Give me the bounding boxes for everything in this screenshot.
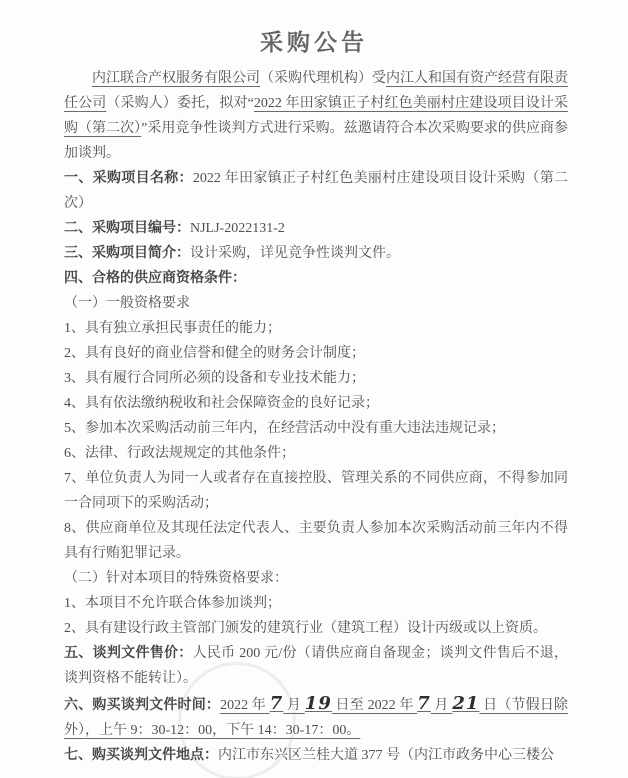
text-segment-underline: 月 (431, 698, 453, 713)
section-3-project-brief: 三、采购项目简介：设计采购，详见竞争性谈判文件。 (64, 241, 568, 266)
text-segment-normal: 5、参加本次采购活动前三年内，在经营活动中没有重大违法违规记录； (64, 421, 505, 436)
text-segment-handwritten: 7 (270, 693, 284, 714)
text-segment-normal: 7、单位负责人为同一人或者存在直接控股、管理关系的不同供应商，不得参加同一合同项… (64, 471, 568, 511)
text-segment-normal: 1、具有独立承担民事责任的能力； (64, 321, 281, 336)
general-item-3: 3、具有履行合同所必须的设备和专业技术能力； (64, 366, 568, 391)
text-segment-normal: 设计采购，详见竞争性谈判文件。 (190, 246, 400, 261)
document-body: 内江联合产权服务有限公司（采购代理机构）受内江人和国有资产经营有限责任公司（采购… (64, 66, 568, 768)
text-segment-handwritten: 7 (417, 693, 431, 714)
general-item-2: 2、具有良好的商业信誉和健全的财务会计制度； (64, 341, 568, 366)
text-segment-normal: 内江市东兴区兰桂大道 377 号（内江市政务中心三楼公 (218, 748, 554, 763)
text-segment-normal: 2、具有建设行政主管部门颁发的建筑行业（建筑工程）设计丙级或以上资质。 (64, 621, 547, 636)
text-segment-bold: 二、采购项目编号： (64, 221, 190, 236)
text-segment-handwritten: 21 (452, 693, 479, 714)
text-segment-underline: 2022 年 (220, 698, 270, 713)
text-segment-bold: 五、谈判文件售价： (64, 646, 193, 661)
general-item-8: 8、供应商单位及其现任法定代表人、主要负责人参加本次采购活动前三年内不得具有行贿… (64, 516, 568, 566)
text-segment-normal: 1、本项目不允许联合体参加谈判； (64, 596, 281, 611)
text-segment-bold: 四、合格的供应商资格条件： (64, 271, 246, 286)
special-item-1: 1、本项目不允许联合体参加谈判； (64, 591, 568, 616)
general-item-6: 6、法律、行政法规规定的其他条件； (64, 441, 568, 466)
text-segment-underline: 月 (283, 698, 305, 713)
intro-paragraph: 内江联合产权服务有限公司（采购代理机构）受内江人和国有资产经营有限责任公司（采购… (64, 66, 568, 166)
general-item-5: 5、参加本次采购活动前三年内，在经营活动中没有重大违法违规记录； (64, 416, 568, 441)
text-segment-normal: 4、具有依法缴纳税收和社会保障资金的良好记录； (64, 396, 379, 411)
general-item-1: 1、具有独立承担民事责任的能力； (64, 316, 568, 341)
section-4-supplier-qualifications: 四、合格的供应商资格条件： (64, 266, 568, 291)
text-segment-normal: NJLJ-2022131-2 (190, 221, 285, 236)
special-item-2: 2、具有建设行政主管部门颁发的建筑行业（建筑工程）设计丙级或以上资质。 (64, 616, 568, 641)
text-segment-bold: 三、采购项目简介： (64, 246, 190, 261)
text-segment-normal: （二）针对本项目的特殊资格要求： (64, 571, 288, 586)
subsection-2-special-requirements: （二）针对本项目的特殊资格要求： (64, 566, 568, 591)
section-6-purchase-time: 六、购买谈判文件时间：2022 年 7 月 19 日至 2022 年 7 月 2… (64, 691, 568, 743)
section-5-document-price: 五、谈判文件售价：人民币 200 元/份（请供应商自备现金；谈判文件售后不退，谈… (64, 641, 568, 691)
text-segment-underline: 日至 2022 年 (332, 698, 417, 713)
text-segment-underline: 内江联合产权服务有限公司 (92, 71, 260, 86)
section-2-project-number: 二、采购项目编号：NJLJ-2022131-2 (64, 216, 568, 241)
text-segment-bold: 六、购买谈判文件时间： (64, 698, 220, 713)
document-title: 采购公告 (0, 0, 628, 57)
text-segment-normal: （采购代理机构）受 (260, 71, 386, 86)
text-segment-bold: 七、购买谈判文件地点： (64, 748, 218, 763)
subsection-1-general-requirements: （一）一般资格要求 (64, 291, 568, 316)
document-page: 采购公告 内江联合产权服务有限公司（采购代理机构）受内江人和国有资产经营有限责任… (0, 0, 628, 778)
text-segment-normal: （一）一般资格要求 (64, 296, 190, 311)
text-segment-normal: （采购人）委托，拟对“ (106, 96, 254, 111)
text-segment-normal: 6、法律、行政法规规定的其他条件； (64, 446, 295, 461)
text-segment-handwritten: 19 (305, 693, 332, 714)
text-segment-normal: 3、具有履行合同所必须的设备和专业技术能力； (64, 371, 365, 386)
section-1-project-name: 一、采购项目名称：2022 年田家镇正子村红色美丽村庄建设项目设计采购（第二次） (64, 166, 568, 216)
general-item-7: 7、单位负责人为同一人或者存在直接控股、管理关系的不同供应商，不得参加同一合同项… (64, 466, 568, 516)
general-item-4: 4、具有依法缴纳税收和社会保障资金的良好记录； (64, 391, 568, 416)
section-7-purchase-location: 七、购买谈判文件地点：内江市东兴区兰桂大道 377 号（内江市政务中心三楼公 (64, 743, 568, 768)
text-segment-normal: 2、具有良好的商业信誉和健全的财务会计制度； (64, 346, 365, 361)
text-segment-bold: 一、采购项目名称： (64, 171, 193, 186)
text-segment-normal: 8、供应商单位及其现任法定代表人、主要负责人参加本次采购活动前三年内不得具有行贿… (64, 521, 568, 561)
